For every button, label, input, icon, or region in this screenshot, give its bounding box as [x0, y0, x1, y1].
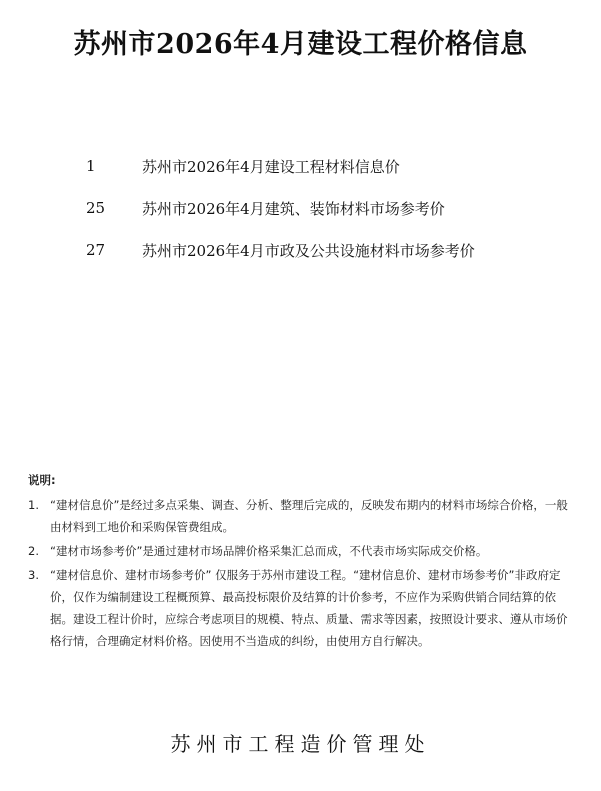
toc-entry[interactable]: 27 苏州市2026年4月市政及公共设施材料市场参考价: [86, 229, 475, 271]
toc-page-number: 27: [86, 241, 142, 259]
note-text: “建材信息价”是经过多点采集、调查、分析、整理后完成的，反映发布期内的材料市场综…: [50, 494, 578, 538]
toc-page-number: 1: [86, 157, 142, 175]
note-text: “建材信息价、建材市场参考价” 仅服务于苏州市建设工程。“建材信息价、建材市场参…: [50, 564, 578, 652]
page-title: 苏州市2026年4月建设工程价格信息: [0, 22, 601, 61]
toc-label: 苏州市2026年4月建设工程材料信息价: [142, 156, 400, 177]
table-of-contents: 1 苏州市2026年4月建设工程材料信息价 25 苏州市2026年4月建筑、装饰…: [86, 145, 475, 271]
note-number: 2.: [28, 540, 50, 562]
note-number: 1.: [28, 494, 50, 538]
toc-label: 苏州市2026年4月市政及公共设施材料市场参考价: [142, 240, 475, 261]
note-item: 1. “建材信息价”是经过多点采集、调查、分析、整理后完成的，反映发布期内的材料…: [28, 494, 578, 538]
note-number: 3.: [28, 564, 50, 652]
notes-section: 说明: 1. “建材信息价”是经过多点采集、调查、分析、整理后完成的，反映发布期…: [28, 472, 578, 654]
issuer-signature: 苏州市工程造价管理处: [0, 728, 601, 757]
toc-entry[interactable]: 1 苏州市2026年4月建设工程材料信息价: [86, 145, 475, 187]
toc-label: 苏州市2026年4月建筑、装饰材料市场参考价: [142, 198, 445, 219]
note-text: “建材市场参考价”是通过建材市场品牌价格采集汇总而成，不代表市场实际成交价格。: [50, 540, 578, 562]
toc-entry[interactable]: 25 苏州市2026年4月建筑、装饰材料市场参考价: [86, 187, 475, 229]
notes-heading: 说明:: [28, 472, 578, 488]
toc-page-number: 25: [86, 199, 142, 217]
note-item: 3. “建材信息价、建材市场参考价” 仅服务于苏州市建设工程。“建材信息价、建材…: [28, 564, 578, 652]
note-item: 2. “建材市场参考价”是通过建材市场品牌价格采集汇总而成，不代表市场实际成交价…: [28, 540, 578, 562]
